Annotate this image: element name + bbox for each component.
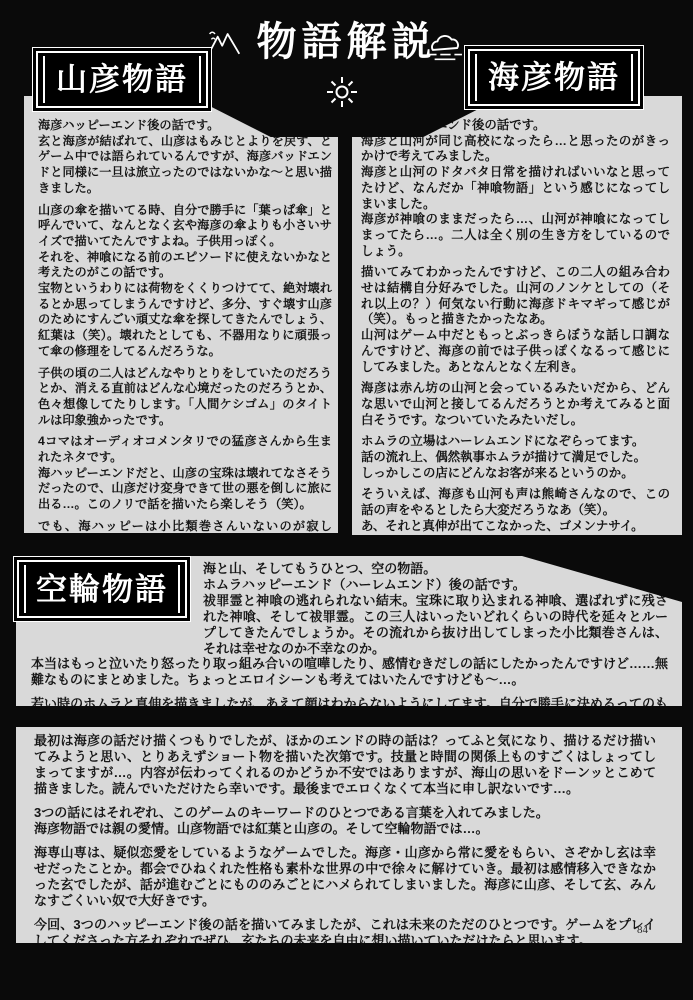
yamahiko-section: 海彦ハッピーエンド後の話です。 玄と海彦が結ばれて、山彦はもみじとよりを戻す、と… bbox=[24, 96, 338, 533]
umihiko-paragraph: 山彦ハッピーエンド後の話です。 海彦と山河が同じ高校になったら…と思ったのがきっ… bbox=[361, 118, 670, 259]
sorawa-heading-box: 空輪物語 bbox=[17, 560, 187, 618]
column-divider bbox=[338, 96, 352, 535]
afterword-paragraph: 海専山専は、疑似恋愛をしているようなゲームでした。海彦・山彦から常に愛をもらい、… bbox=[34, 845, 656, 909]
afterword-paragraph: 最初は海彦の話だけ描くつもりでしたが、ほかのエンドの時の話は？ってふと気になり、… bbox=[34, 733, 656, 797]
yamahiko-heading: 山彦物語 bbox=[56, 64, 188, 95]
page: 物語解説 海彦ハッピーエンド後の話です。 玄と海彦が結ばれて、山彦はもみじとより… bbox=[0, 0, 693, 1000]
sun-icon bbox=[324, 74, 360, 110]
sorawa-paragraph: 若い時のホムラと真伸を描きましたが、あえて顔はわからないようにしてます。自分で勝… bbox=[31, 696, 668, 706]
cloud-icon bbox=[424, 32, 466, 64]
afterword-section: 最初は海彦の話だけ描くつもりでしたが、ほかのエンドの時の話は？ってふと気になり、… bbox=[16, 727, 682, 943]
afterword-paragraph: 3つの話にはそれぞれ、このゲームのキーワードのひとつである言葉を入れてみました。… bbox=[34, 805, 656, 837]
umihiko-heading: 海彦物語 bbox=[488, 62, 620, 93]
yamahiko-paragraph: 4コマはオーディオコメンタリでの猛彦さんから生まれたネタです。 海ハッピーエンド… bbox=[38, 434, 332, 513]
yamahiko-paragraph: 山彦の傘を描いてる時、自分で勝手に「葉っぱ傘」と呼んでいて、なんとなく玄や海彦の… bbox=[38, 203, 332, 360]
umihiko-paragraph: そういえば、海彦も山河も声は熊崎さんなので、この話の声をやるとしたら大変だろうな… bbox=[361, 487, 670, 534]
umihiko-section: 山彦ハッピーエンド後の話です。 海彦と山河が同じ高校になったら…と思ったのがきっ… bbox=[352, 96, 682, 535]
umihiko-paragraph: ホムラの立場はハーレムエンドになぞらってます。 話の流れ上、偶然執事ホムラが描け… bbox=[361, 434, 670, 481]
afterword-paragraph: 今回、3つのハッピーエンド後の話を描いてみましたが、これは未来のただのひとつです… bbox=[34, 917, 656, 943]
page-number: 84 bbox=[637, 924, 648, 936]
yamahiko-paragraph: でも、海ハッピーは小比類巻さんいないのが寂しい…。 bbox=[38, 519, 332, 533]
yamahiko-heading-box: 山彦物語 bbox=[36, 51, 208, 108]
sorawa-heading: 空輪物語 bbox=[36, 574, 168, 605]
umihiko-paragraph: 描いてみてわかったんですけど、この二人の組み合わせは結構自分好みでした。山河のノ… bbox=[361, 265, 670, 375]
yamahiko-paragraph: 子供の頃の二人はどんなやりとりをしていたのだろうとか、消える直前はどんな心境だっ… bbox=[38, 366, 332, 429]
umihiko-paragraph: 海彦は赤ん坊の山河と会っているみたいだから、どんな思いで山河と接してるんだろうと… bbox=[361, 381, 670, 428]
umihiko-heading-box: 海彦物語 bbox=[468, 49, 640, 106]
